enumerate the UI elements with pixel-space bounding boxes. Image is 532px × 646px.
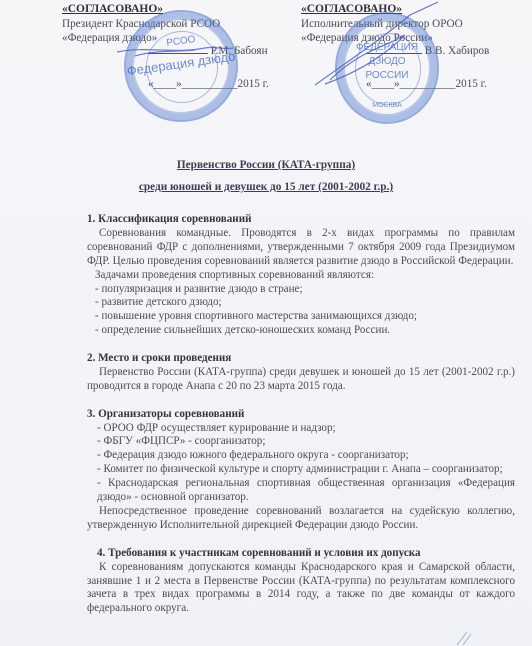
- section-1-paragraph: Соревнования командные. Проводятся в 2-х…: [87, 227, 515, 269]
- document-body: 1. Классификация соревнований Соревнован…: [87, 213, 515, 616]
- section-3-organizer: - Федерация дзюдо южного федерального ок…: [87, 449, 515, 463]
- section-1-task: - повышение уровня спортивного мастерств…: [87, 310, 515, 324]
- section-1-heading: 1. Классификация соревнований: [87, 213, 515, 227]
- section-2-paragraph: Первенство России (КАТА-группа) среди де…: [87, 366, 515, 394]
- section-3-paragraph: Непосредственное проведение соревнований…: [87, 505, 515, 533]
- signature-line-right: В.В. Хабиров: [366, 45, 489, 57]
- approval-block-left: «СОГЛАСОВАНО» Президент Краснодарской РС…: [62, 2, 272, 46]
- document-title-line2: среди юношей и девушек до 15 лет (2001-2…: [0, 181, 532, 193]
- approval-position-right: Исполнительный директор ОРОО: [301, 17, 511, 32]
- section-3-organizer: - Краснодарская региональная спортивная …: [87, 477, 515, 505]
- document-page: «СОГЛАСОВАНО» Президент Краснодарской РС…: [0, 0, 532, 646]
- approval-org-left: «Федерация дзюдо»: [62, 31, 272, 46]
- section-1-task: - определение сильнейших детско-юношески…: [87, 324, 515, 338]
- section-1-tasks-intro: Задачами проведения спортивных соревнова…: [87, 269, 515, 283]
- section-4-paragraph: К соревнованиям допускаются команды Крас…: [87, 561, 515, 617]
- date-line-right: «____»__________2015 г.: [366, 78, 487, 90]
- document-title-line1: Первенство России (КАТА-группа): [0, 159, 532, 171]
- section-1-task: - популяризация и развитие дзюдо в стран…: [87, 283, 515, 297]
- section-1-task: - развитие детского дзюдо;: [87, 296, 515, 310]
- section-3-heading: 3. Организаторы соревнований: [87, 408, 515, 422]
- approval-position-left: Президент Краснодарской РСОО: [62, 17, 272, 32]
- approval-org-right: «Федерация дзюдо России»: [301, 31, 511, 46]
- signature-line-left: Р.М. Бабоян: [148, 45, 268, 57]
- signature-mark-bottom: [455, 628, 475, 646]
- stamp-right-bottom: МОСКВА: [337, 102, 437, 109]
- section-3-organizer: - Комитет по физической культуре и спорт…: [87, 463, 515, 477]
- approval-heading-right: «СОГЛАСОВАНО»: [301, 2, 511, 17]
- section-3-organizer: - ФБГУ «ФЦПСР» - соорганизатор;: [87, 435, 515, 449]
- signatory-left: Р.М. Бабоян: [211, 45, 268, 57]
- stamp-right-text-2: ДЗЮДО: [337, 56, 437, 67]
- signatory-right: В.В. Хабиров: [425, 45, 490, 57]
- approval-block-right: «СОГЛАСОВАНО» Исполнительный директор ОР…: [301, 2, 511, 46]
- section-3-organizer: - ОРОО ФДР осуществляет курирование и на…: [87, 422, 515, 436]
- section-4-heading: 4. Требования к участникам соревнований …: [87, 547, 515, 561]
- section-2-heading: 2. Место и сроки проведения: [87, 352, 515, 366]
- approval-heading-left: «СОГЛАСОВАНО»: [62, 2, 272, 17]
- date-line-left: «____»__________2015 г.: [148, 78, 269, 90]
